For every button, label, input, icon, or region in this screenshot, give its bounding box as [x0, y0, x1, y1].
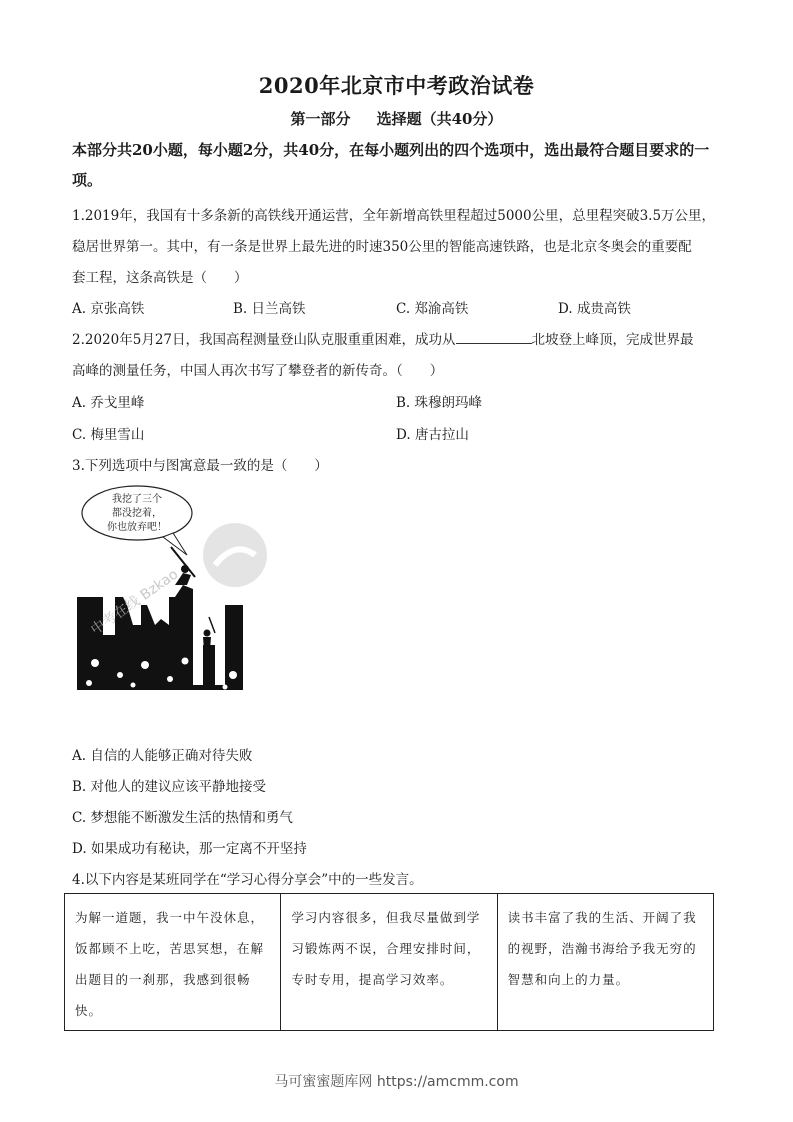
question-3-option-b[interactable]: B. 对他人的建议应该平静地接受 — [72, 775, 266, 795]
page-title: 2020年北京市中考政治试卷 — [0, 70, 793, 100]
table-cell-statement-1: 为解一道题，我一中午没休息， 饭都顾不上吃，苦思冥想，在解 出题目的一刹那，我感… — [65, 894, 281, 1031]
table-row: 为解一道题，我一中午没休息， 饭都顾不上吃，苦思冥想，在解 出题目的一刹那，我感… — [65, 894, 714, 1031]
question-1-line-1: 1.2019年，我国有十多条新的高铁线开通运营，全年新增高铁里程超过5000公里… — [72, 204, 715, 224]
question-4-stem: 4.以下内容是某班同学在“学习心得分享会”中的一些发言。 — [72, 868, 423, 888]
question-2-option-d[interactable]: D. 唐古拉山 — [396, 423, 469, 443]
question-1-option-d[interactable]: D. 成贵高铁 — [558, 297, 631, 317]
student-statements-table: 为解一道题，我一中午没休息， 饭都顾不上吃，苦思冥想，在解 出题目的一刹那，我感… — [64, 893, 714, 1031]
question-1-option-c[interactable]: C. 郑渝高铁 — [396, 297, 468, 317]
exam-page: 2020年北京市中考政治试卷 第一部分选择题（共40分） 本部分共20小题，每小… — [0, 0, 793, 1122]
question-1-line-2: 稳居世界第一。其中，有一条是世界上最先进的时速350公里的智能高速铁路，也是北京… — [72, 235, 692, 255]
question-3-option-d[interactable]: D. 如果成功有秘诀，那一定离不开坚持 — [72, 837, 307, 857]
question-2-option-a[interactable]: A. 乔戈里峰 — [72, 391, 144, 411]
section-instructions: 本部分共20小题，每小题2分，共40分，在每小题列出的四个选项中，选出最符合题目… — [72, 135, 722, 195]
section-name: 选择题（共40分） — [377, 110, 503, 128]
question-2-line-2: 高峰的测量任务，中国人再次书写了攀登者的新传奇。（ ） — [72, 359, 443, 379]
svg-text:我挖了三个: 我挖了三个 — [112, 492, 162, 505]
question-1-line-3: 套工程，这条高铁是（ ） — [72, 266, 248, 286]
question-3-option-c[interactable]: C. 梦想能不断激发生活的热情和勇气 — [72, 806, 293, 826]
table-cell-statement-2: 学习内容很多，但我尽量做到学 习锻炼两不误，合理安排时间， 专时专用，提高学习效… — [281, 894, 497, 1031]
question-1-option-b[interactable]: B. 日兰高铁 — [233, 297, 306, 317]
section-heading: 第一部分选择题（共40分） — [0, 108, 793, 129]
table-cell-statement-3: 读书丰富了我的生活、开阔了我 的视野，浩瀚书海给予我无穷的 智慧和向上的力量。 — [497, 894, 713, 1031]
question-2-line-1: 2.2020年5月27日，我国高程测量登山队克服重重困难，成功从北坡登上峰顶，完… — [72, 328, 694, 348]
svg-text:你也放弃吧！: 你也放弃吧！ — [107, 520, 167, 533]
cartoon-illustration: 我挖了三个 都没挖着， 你也放弃吧！ 中考在线 Bz — [75, 485, 285, 695]
section-part: 第一部分 — [291, 110, 351, 128]
question-1-option-a[interactable]: A. 京张高铁 — [72, 297, 144, 317]
question-2-option-c[interactable]: C. 梅里雪山 — [72, 423, 144, 443]
question-2-option-b[interactable]: B. 珠穆朗玛峰 — [396, 391, 482, 411]
digging-cartoon-image: 我挖了三个 都没挖着， 你也放弃吧！ 中考在线 Bz — [75, 485, 285, 695]
question-3-option-a[interactable]: A. 自信的人能够正确对待失败 — [72, 744, 252, 764]
footer-watermark: 马可蜜蜜题库网 https://amcmm.com — [0, 1071, 793, 1091]
question-3-stem: 3.下列选项中与图寓意最一致的是（ ） — [72, 454, 328, 474]
fill-blank — [456, 331, 532, 344]
svg-text:都没挖着，: 都没挖着， — [112, 506, 162, 519]
